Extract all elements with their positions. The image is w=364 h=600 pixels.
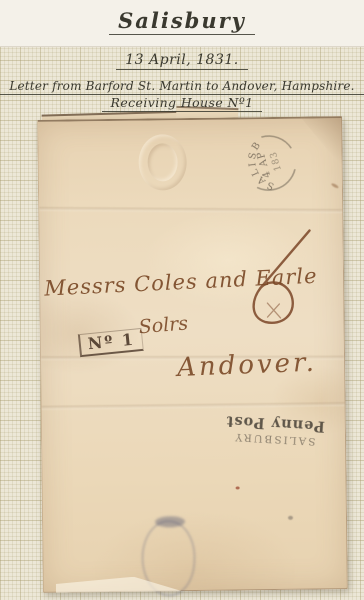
address-solicitors: Solrs — [138, 312, 189, 338]
receiving-house-stamp: Nº 1 — [78, 328, 144, 357]
fold-crease — [42, 402, 345, 410]
address-town: Andover. — [177, 348, 318, 383]
caption-line-2: Receiving House Nº1 — [0, 95, 364, 112]
ink-speck — [288, 516, 293, 520]
date-heading: 13 April, 1831. — [0, 52, 364, 70]
fold-crease — [39, 207, 342, 213]
page-title: Salisbury — [0, 8, 364, 35]
ink-speck — [236, 486, 240, 489]
salisbury-datestamp: SALISB 4 AP 183 — [229, 124, 308, 203]
cover-front: SALISB 4 AP 183 6 Messrs Coles and Earle… — [37, 116, 348, 593]
corner-fold — [300, 116, 343, 169]
ink-speck — [331, 182, 339, 189]
album-page: Salisbury 13 April, 1831. Letter from Ba… — [0, 0, 364, 600]
penny-post-stamp: SALISBURY Penny Post — [223, 412, 327, 448]
embossed-seal — [138, 134, 187, 191]
caption-line-1: Letter from Barford St. Martin to Andove… — [0, 79, 364, 95]
